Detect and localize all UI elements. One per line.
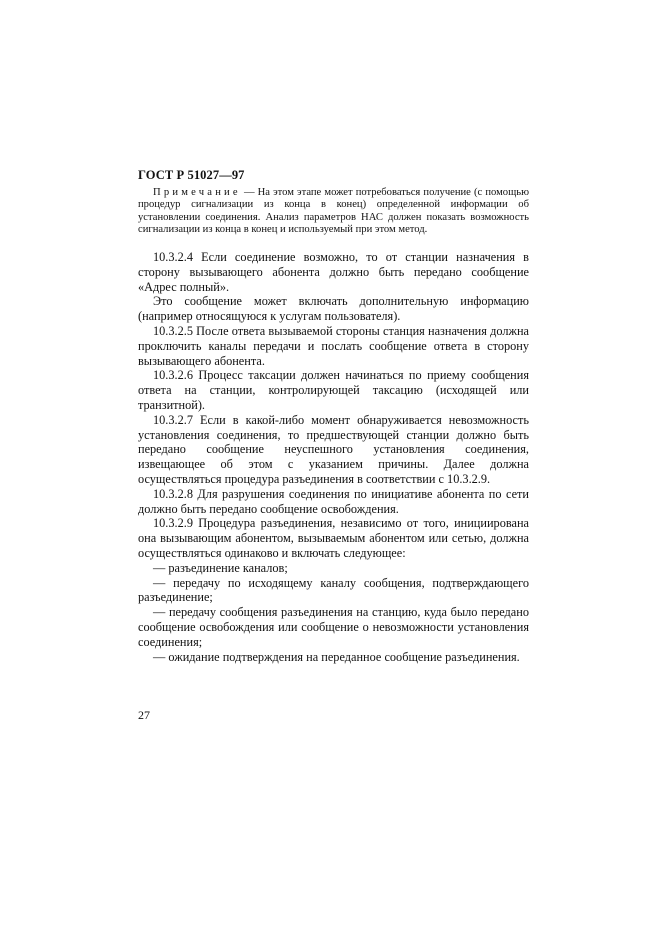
document-page: ГОСТ Р 51027—97 Примечание — На этом эта… (0, 0, 661, 935)
paragraph-10-3-2-5: 10.3.2.5 После ответа вызываемой стороны… (138, 324, 529, 368)
note-block: Примечание — На этом этапе может потребо… (138, 187, 529, 237)
paragraph-10-3-2-7: 10.3.2.7 Если в какой-либо момент обнару… (138, 413, 529, 487)
note-paragraph: Примечание — На этом этапе может потребо… (138, 187, 529, 237)
document-header: ГОСТ Р 51027—97 (138, 168, 245, 183)
paragraph-10-3-2-9: 10.3.2.9 Процедура разъединения, независ… (138, 516, 529, 560)
paragraph-10-3-2-4: 10.3.2.4 Если соединение возможно, то от… (138, 250, 529, 294)
page-number: 27 (138, 708, 150, 723)
paragraph-10-3-2-8: 10.3.2.8 Для разрушения соединения по ин… (138, 487, 529, 517)
list-item-channel-disconnect: — разъединение каналов; (138, 561, 529, 576)
list-item-await-confirm: — ожидание подтверждения на переданное с… (138, 650, 529, 665)
document-body: 10.3.2.4 Если соединение возможно, то от… (138, 250, 529, 664)
list-item-outgoing-confirm: — передачу по исходящему каналу сообщени… (138, 576, 529, 606)
note-label: Примечание (153, 187, 241, 198)
list-item-send-disconnect: — передачу сообщения разъединения на ста… (138, 605, 529, 649)
paragraph-10-3-2-6: 10.3.2.6 Процесс таксации должен начинат… (138, 368, 529, 412)
paragraph-message-info: Это сообщение может включать дополнитель… (138, 294, 529, 324)
